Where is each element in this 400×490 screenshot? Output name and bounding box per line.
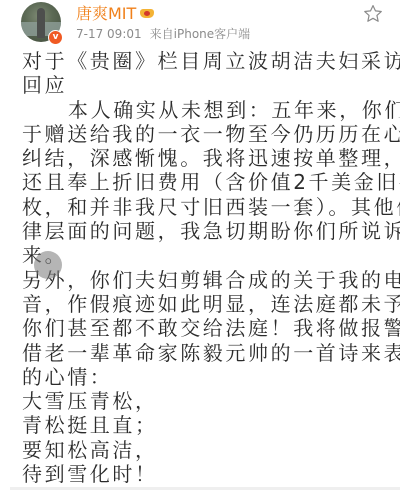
verified-badge-icon: v: [48, 30, 63, 45]
crown-icon: [140, 6, 154, 18]
post-text-line: 于赠送给我的一衣一物至今仍历历在心、如此: [22, 122, 392, 146]
post-text-line: 的心情：: [22, 365, 392, 389]
poem-line: 青松挺且直；: [22, 413, 392, 437]
post-meta: 7-17 09:01来自iPhone客户端: [76, 25, 250, 42]
post-text-line: 音，作假痕迹如此明显，连法庭都未予采用，: [22, 292, 392, 316]
post-text-line: 来。: [22, 243, 392, 267]
star-outline-icon: [362, 3, 384, 25]
author-name[interactable]: 唐爽MIT: [76, 1, 136, 24]
username-row: 唐爽MIT: [76, 2, 154, 22]
post-text-line: 还且奉上折旧费用（含价值2千美金旧手表一: [22, 170, 392, 194]
post-text-line: 回应: [22, 73, 392, 97]
post-text-line: 对于《贵圈》栏目周立波胡洁夫妇采访视频的: [22, 49, 392, 73]
assistive-touch-button[interactable]: [34, 251, 62, 279]
poem-line: 大雪压青松，: [22, 389, 392, 413]
post-text-line: 律层面的问题，我急切期盼你们所说诉讼的到: [22, 219, 392, 243]
post-source: 来自iPhone客户端: [150, 27, 251, 41]
post-text-line: 借老一辈革命家陈毅元帅的一首诗来表达此时: [22, 341, 392, 365]
post-body: 对于《贵圈》栏目周立波胡洁夫妇采访视频的 回应 本人确实从未想到：五年来，你们夫…: [22, 49, 392, 486]
post-text-line: 纠结，深感惭愧。我将迅速按单整理，尽数归: [22, 146, 392, 170]
post-text-line: 另外，你们夫妇剪辑合成的关于我的电话录: [22, 268, 392, 292]
post-text-line: 枚，和并非我尺寸旧西装一套）。其他任何法: [22, 195, 392, 219]
post-header: v 唐爽MIT 7-17 09:01来自iPhone客户端: [0, 0, 400, 46]
post-timestamp: 7-17 09:01: [76, 27, 142, 41]
post-text-line: 你们甚至都不敢交给法庭！我将做报警处理。: [22, 316, 392, 340]
poem-line: 待到雪化时！: [22, 462, 392, 486]
avatar-figure: [37, 8, 45, 38]
favorite-button[interactable]: [362, 3, 384, 25]
post-text-line: 本人确实从未想到：五年来，你们夫妇对: [22, 98, 392, 122]
poem-line: 要知松高洁，: [22, 438, 392, 462]
